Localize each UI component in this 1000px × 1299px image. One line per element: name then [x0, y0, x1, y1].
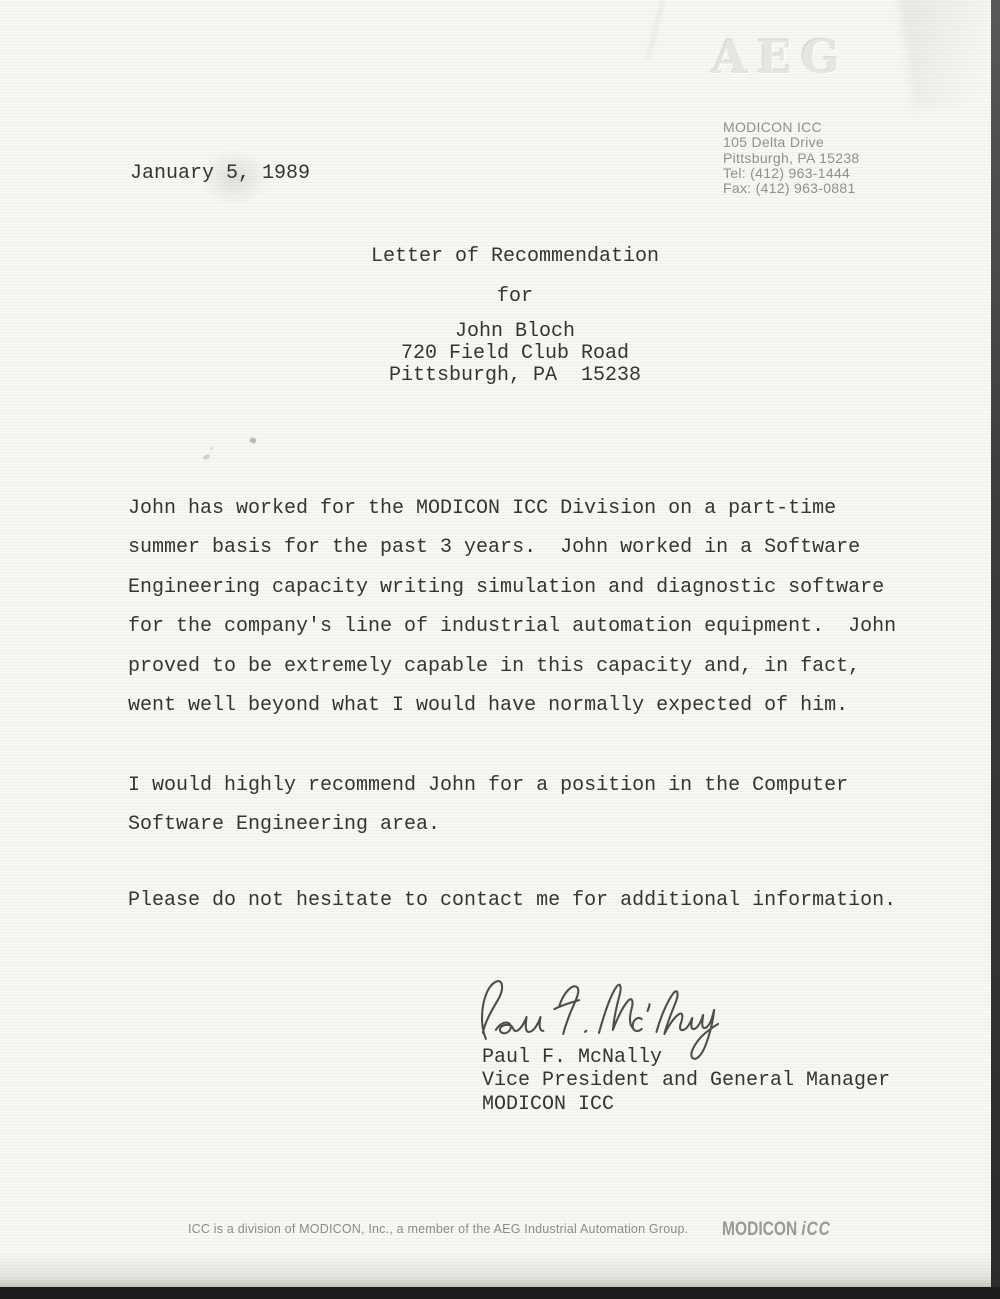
- letter-date: January 5, 1989: [130, 162, 310, 185]
- body-line: Software Engineering area.: [128, 805, 848, 844]
- letterhead-company: MODICON ICC: [723, 120, 860, 135]
- body-paragraph-1: John has worked for the MODICON ICC Divi…: [128, 489, 896, 725]
- modicon-icc-logo: MODICONiCC: [722, 1219, 831, 1241]
- paper-speck: [202, 454, 210, 461]
- body-line: proved to be extremely capable in this c…: [128, 647, 896, 686]
- body-line: for the company's line of industrial aut…: [128, 607, 896, 646]
- body-paragraph-2: I would highly recommend John for a posi…: [128, 766, 848, 845]
- body-line: went well beyond what I would have norma…: [128, 686, 896, 725]
- letterhead-street: 105 Delta Drive: [723, 135, 860, 150]
- paper-bottom-shadow: [0, 1252, 1000, 1287]
- body-line: Engineering capacity writing simulation …: [128, 568, 896, 607]
- paper-crease-corner: [897, 0, 1000, 109]
- body-line: I would highly recommend John for a posi…: [128, 766, 848, 805]
- aeg-logo: AEG: [712, 30, 849, 84]
- paper-speck: [249, 437, 256, 444]
- footer-text: ICC is a division of MODICON, Inc., a me…: [188, 1222, 688, 1236]
- scanned-letter-page: AEG MODICON ICC 105 Delta Drive Pittsbur…: [0, 0, 1000, 1299]
- signature-block: Paul F. McNally Vice President and Gener…: [482, 1046, 890, 1116]
- modicon-icc-logo-main: MODICON: [722, 1219, 797, 1240]
- scanner-edge-bottom: [0, 1287, 1000, 1299]
- letterhead-tel: Tel: (412) 963-1444: [723, 166, 860, 181]
- signer-title: Vice President and General Manager: [482, 1069, 890, 1092]
- signer-name: Paul F. McNally: [482, 1046, 890, 1069]
- letterhead-address-block: MODICON ICC 105 Delta Drive Pittsburgh, …: [723, 120, 860, 196]
- paper-crease: [647, 0, 666, 61]
- recipient-block: John Bloch 720 Field Club Road Pittsburg…: [15, 321, 1000, 386]
- body-line: John has worked for the MODICON ICC Divi…: [128, 489, 896, 528]
- scanner-edge-right: [991, 0, 1000, 1299]
- body-paragraph-3: Please do not hesitate to contact me for…: [128, 881, 896, 920]
- body-line: Please do not hesitate to contact me for…: [128, 881, 896, 920]
- recipient-name: John Bloch: [15, 321, 1000, 343]
- signer-company: MODICON ICC: [482, 1093, 890, 1116]
- letterhead-fax: Fax: (412) 963-0881: [723, 181, 860, 196]
- body-line: summer basis for the past 3 years. John …: [128, 528, 896, 567]
- recipient-street: 720 Field Club Road: [15, 343, 1000, 365]
- paper-speck: [210, 447, 213, 450]
- letter-title: Letter of Recommendation: [15, 245, 1000, 268]
- letterhead-city: Pittsburgh, PA 15238: [723, 151, 860, 166]
- letter-title-for: for: [15, 285, 1000, 308]
- recipient-city: Pittsburgh, PA 15238: [15, 365, 1000, 387]
- modicon-icc-logo-sub: iCC: [801, 1219, 830, 1240]
